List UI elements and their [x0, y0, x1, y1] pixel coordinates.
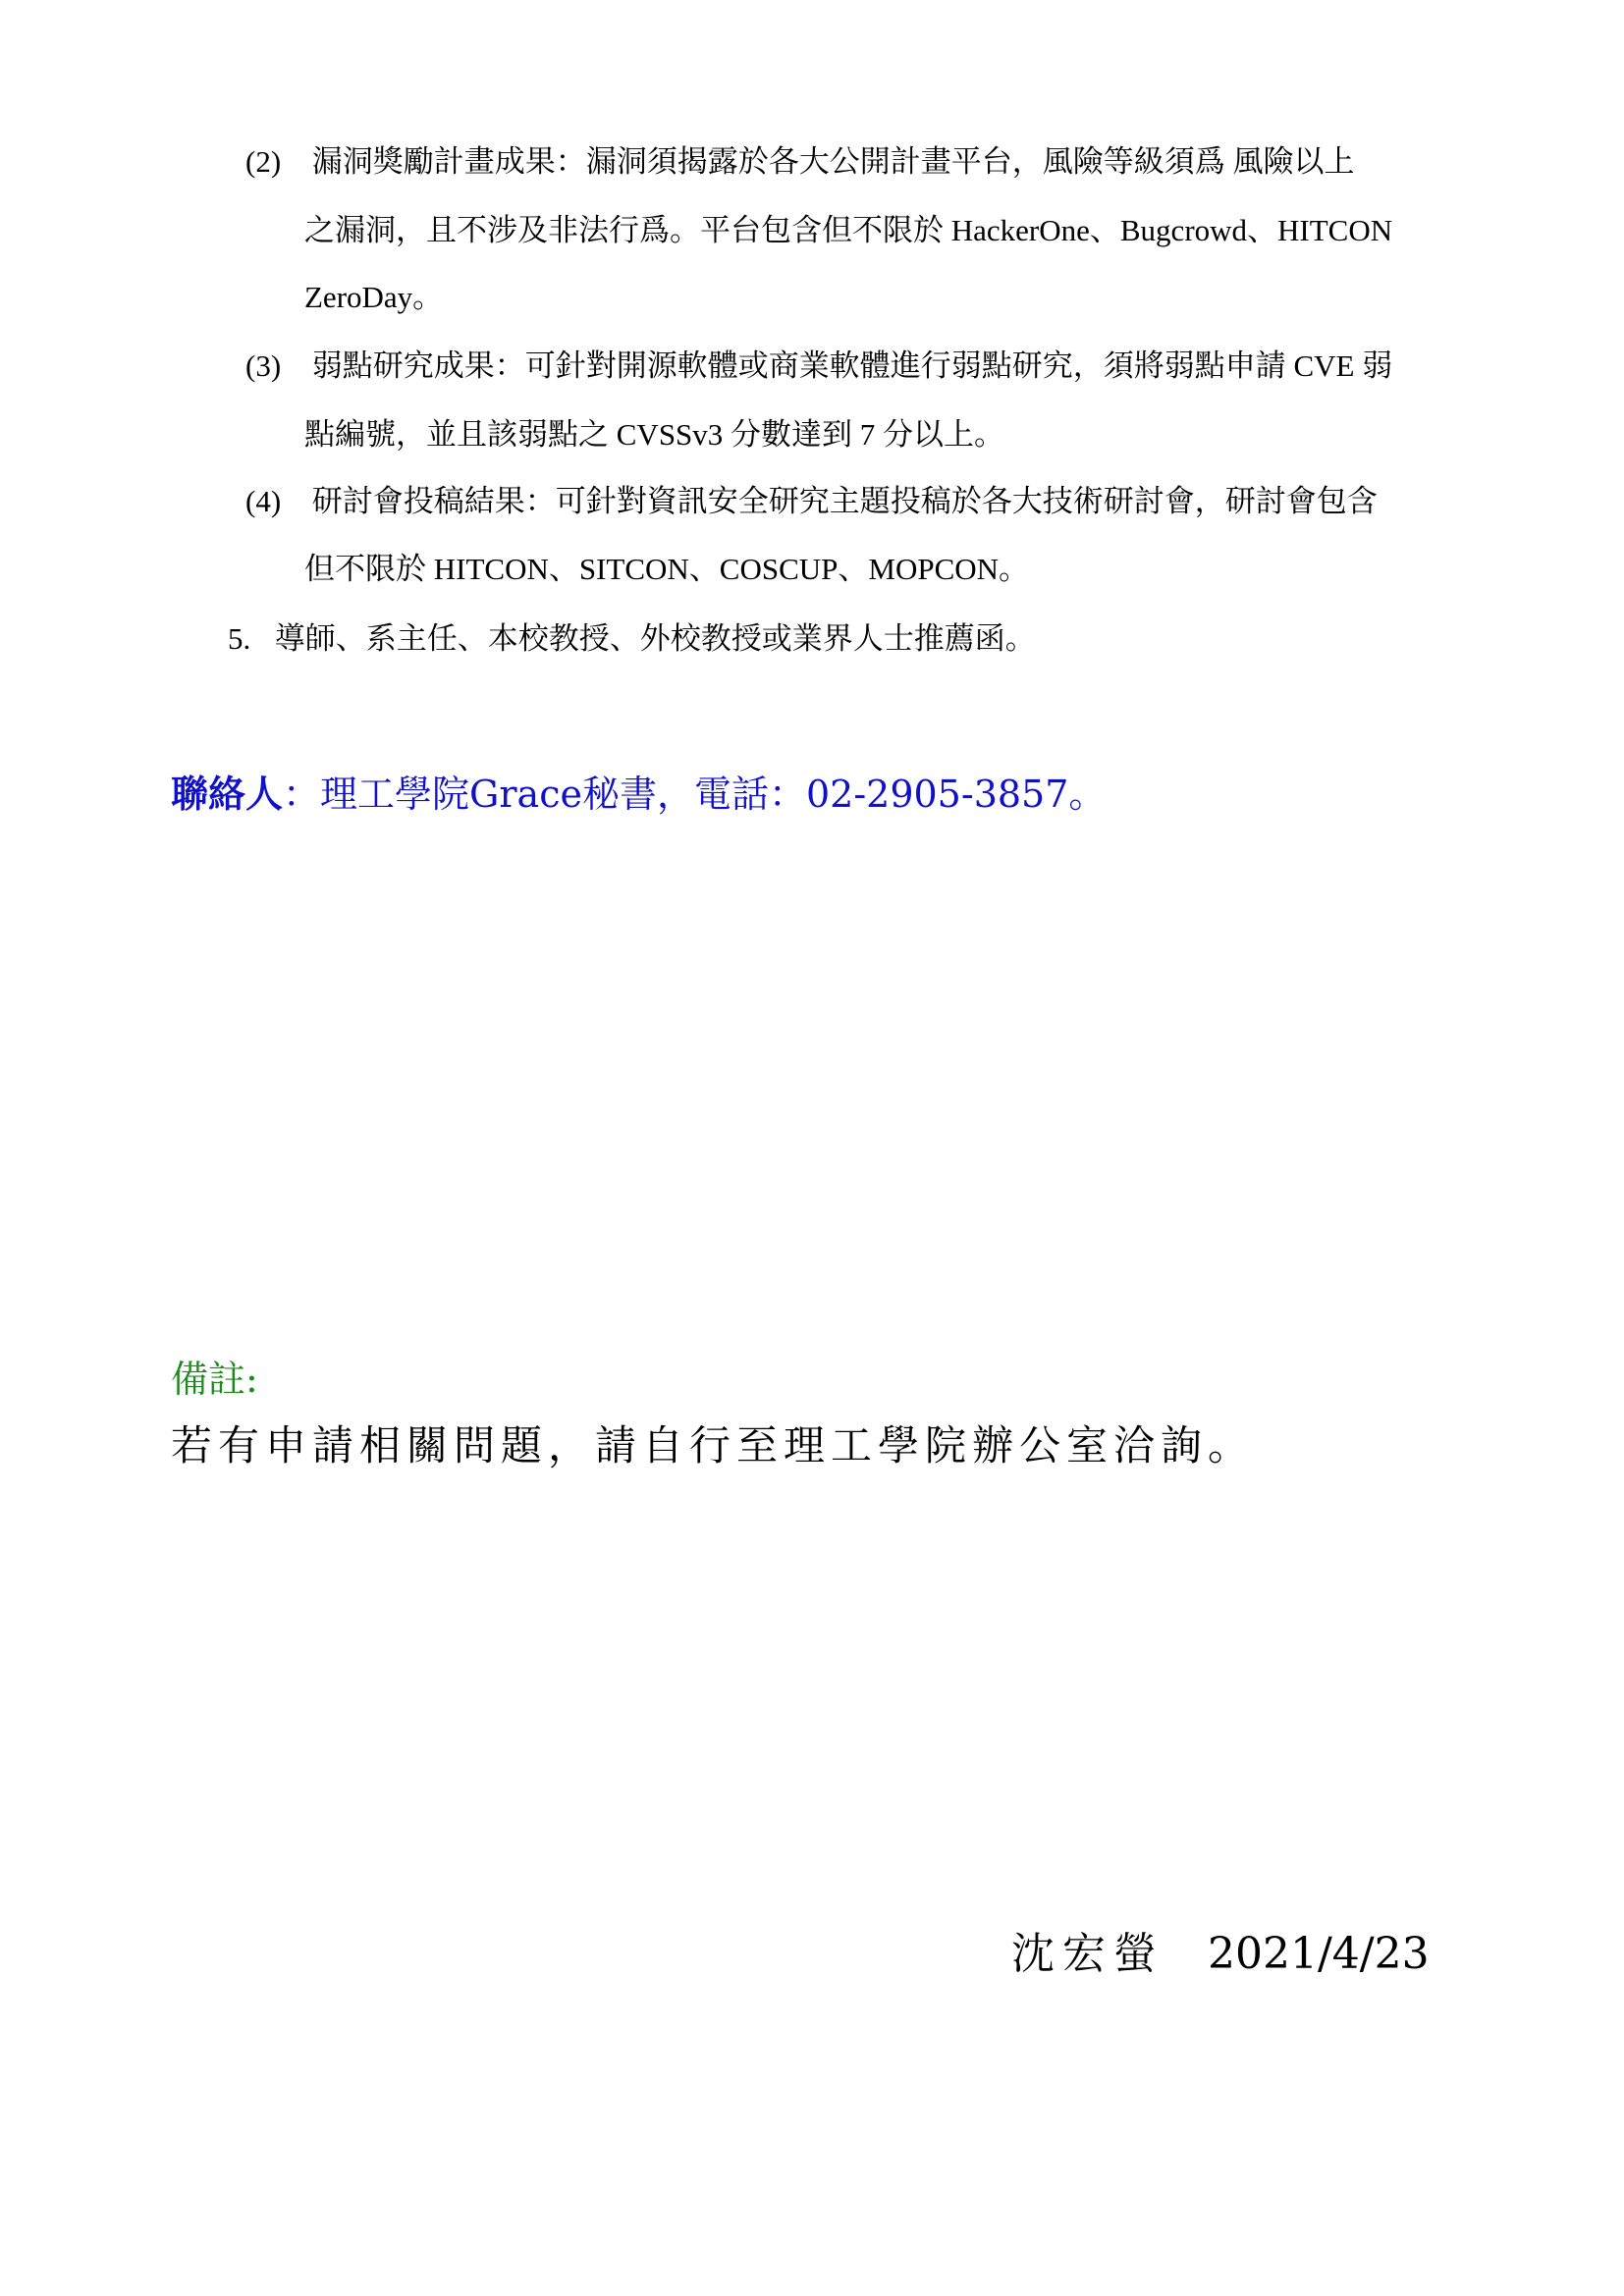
- remark-text: 若有申請相關問題，請自行至理工學院辦公室洽詢。: [171, 1421, 1255, 1470]
- signature-date: 2021/4/23: [1208, 1929, 1430, 1979]
- item-3-line-2: 點編號，並且該弱點之 CVSSv3 分數達到 7 分以上。: [304, 415, 1004, 454]
- item-5: 5. 導師、系主任、本校教授、外校教授或業界人士推薦函。: [228, 619, 1036, 659]
- signature: 沈宏螢 2021/4/23: [1011, 1928, 1430, 1981]
- item-2-text: 漏洞獎勵計畫成果：漏洞須揭露於各大公開計畫平台，風險等級須爲 風險以上: [312, 144, 1355, 179]
- remark-label: 備註:: [171, 1357, 258, 1402]
- contact-line: 聯絡人：理工學院Grace秘書，電話：02-2905-3857。: [171, 772, 1106, 817]
- item-4-text: 研討會投稿結果：可針對資訊安全研究主題投稿於各大技術研討會，研討會包含: [312, 484, 1378, 518]
- item-2-line-2: 之漏洞，且不涉及非法行爲。平台包含但不限於 HackerOne、Bugcrowd…: [304, 211, 1392, 250]
- item-4-line-2: 但不限於 HITCON、SITCON、COSCUP、MOPCON。: [304, 550, 1029, 589]
- signature-name: 沈宏螢: [1011, 1929, 1164, 1979]
- item-5-marker: 5.: [228, 619, 267, 659]
- item-5-text: 導師、系主任、本校教授、外校教授或業界人士推薦函。: [275, 621, 1036, 656]
- item-3-marker: (3): [245, 347, 304, 386]
- contact-label: 聯絡人: [171, 773, 283, 816]
- item-2-line-1: (2) 漏洞獎勵計畫成果：漏洞須揭露於各大公開計畫平台，風險等級須爲 風險以上: [245, 142, 1355, 182]
- item-2-marker: (2): [245, 142, 304, 182]
- item-4-marker: (4): [245, 482, 304, 521]
- contact-text: ：理工學院Grace秘書，電話：02-2905-3857。: [283, 773, 1106, 816]
- item-4-line-1: (4) 研討會投稿結果：可針對資訊安全研究主題投稿於各大技術研討會，研討會包含: [245, 482, 1378, 521]
- item-3-text: 弱點研究成果：可針對開源軟體或商業軟體進行弱點研究，須將弱點申請 CVE 弱: [312, 348, 1393, 383]
- item-3-line-1: (3) 弱點研究成果：可針對開源軟體或商業軟體進行弱點研究，須將弱點申請 CVE…: [245, 347, 1392, 386]
- item-2-line-3: ZeroDay。: [304, 278, 443, 317]
